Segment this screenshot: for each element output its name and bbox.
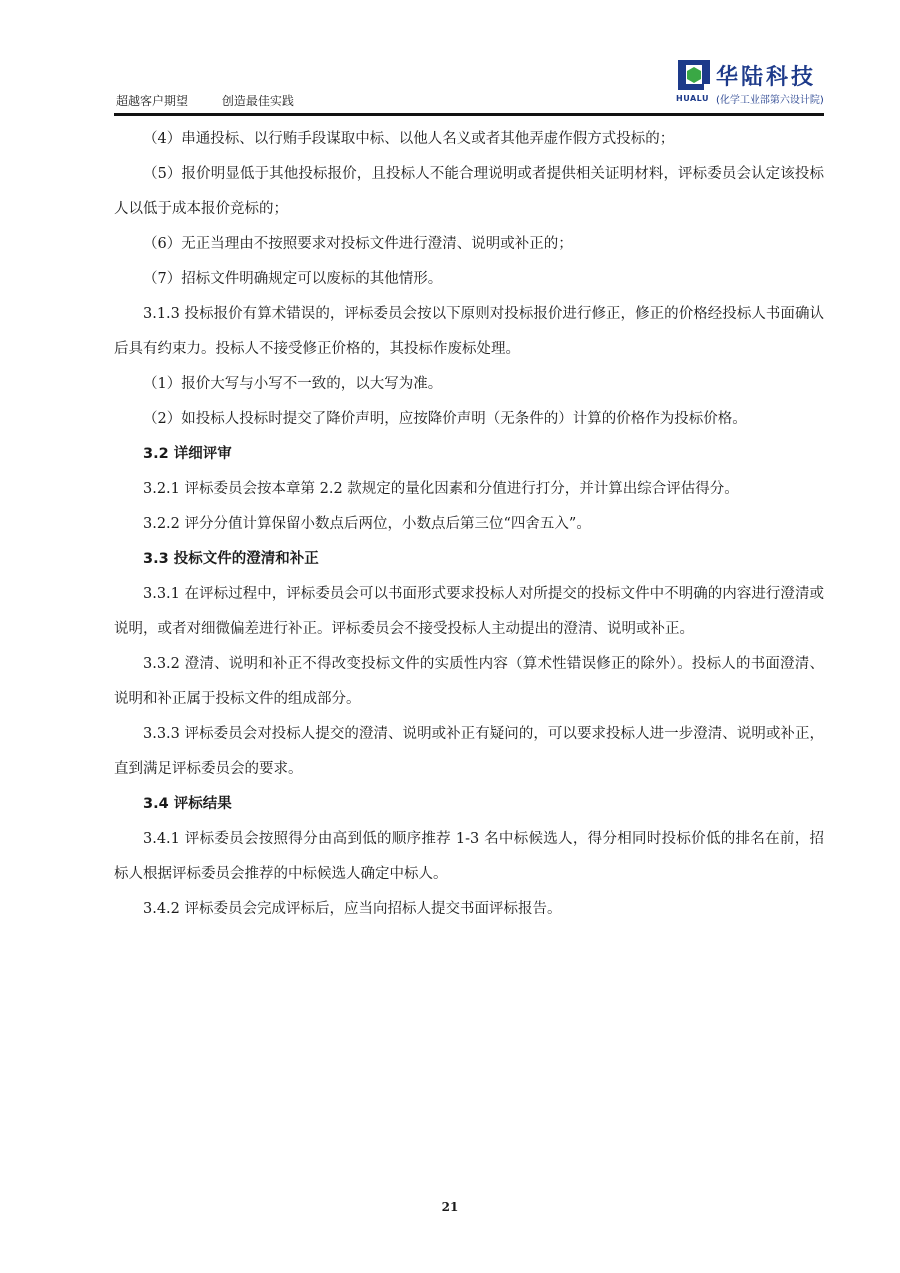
slogan-left: 超越客户期望 bbox=[116, 94, 188, 108]
paragraph: 3.4.2 评标委员会完成评标后，应当向招标人提交书面评标报告。 bbox=[114, 892, 824, 927]
page-number: 21 bbox=[0, 1200, 900, 1214]
page-header: 超越客户期望 创造最佳实践 HUALU 华陆科技 (化学工业部第六设计院) bbox=[0, 0, 900, 120]
header-divider bbox=[114, 113, 824, 116]
section-heading: 3.3 投标文件的澄清和补正 bbox=[114, 542, 824, 577]
paragraph: （1）报价大写与小写不一致的，以大写为准。 bbox=[114, 367, 824, 402]
paragraph: 3.3.3 评标委员会对投标人提交的澄清、说明或补正有疑问的，可以要求投标人进一… bbox=[114, 717, 824, 787]
company-logo: HUALU 华陆科技 (化学工业部第六设计院) bbox=[676, 58, 836, 108]
paragraph: 3.1.3 投标报价有算术错误的，评标委员会按以下原则对投标报价进行修正，修正的… bbox=[114, 297, 824, 367]
paragraph: 3.4.1 评标委员会按照得分由高到低的顺序推荐 1-3 名中标候选人，得分相同… bbox=[114, 822, 824, 892]
paragraph: 3.3.1 在评标过程中，评标委员会可以书面形式要求投标人对所提交的投标文件中不… bbox=[114, 577, 824, 647]
paragraph: （7）招标文件明确规定可以废标的其他情形。 bbox=[114, 262, 824, 297]
document-body: （4）串通投标、以行贿手段谋取中标、以他人名义或者其他弄虚作假方式投标的； （5… bbox=[114, 122, 824, 927]
paragraph: （5）报价明显低于其他投标报价，且投标人不能合理说明或者提供相关证明材料，评标委… bbox=[114, 157, 824, 227]
slogan: 超越客户期望 创造最佳实践 bbox=[116, 92, 324, 109]
paragraph: （4）串通投标、以行贿手段谋取中标、以他人名义或者其他弄虚作假方式投标的； bbox=[114, 122, 824, 157]
logo-subtitle: (化学工业部第六设计院) bbox=[716, 91, 824, 106]
section-heading: 3.2 详细评审 bbox=[114, 437, 824, 472]
paragraph: 3.3.2 澄清、说明和补正不得改变投标文件的实质性内容（算术性错误修正的除外）… bbox=[114, 647, 824, 717]
paragraph: （2）如投标人投标时提交了降价声明，应按降价声明（无条件的）计算的价格作为投标价… bbox=[114, 402, 824, 437]
paragraph: 3.2.1 评标委员会按本章第 2.2 款规定的量化因素和分值进行打分，并计算出… bbox=[114, 472, 824, 507]
logo-title: 华陆科技 bbox=[716, 60, 816, 91]
paragraph: 3.2.2 评分分值计算保留小数点后两位，小数点后第三位“四舍五入”。 bbox=[114, 507, 824, 542]
section-heading: 3.4 评标结果 bbox=[114, 787, 824, 822]
logo-english: HUALU bbox=[676, 94, 709, 103]
slogan-right: 创造最佳实践 bbox=[222, 94, 294, 108]
paragraph: （6）无正当理由不按照要求对投标文件进行澄清、说明或补正的； bbox=[114, 227, 824, 262]
